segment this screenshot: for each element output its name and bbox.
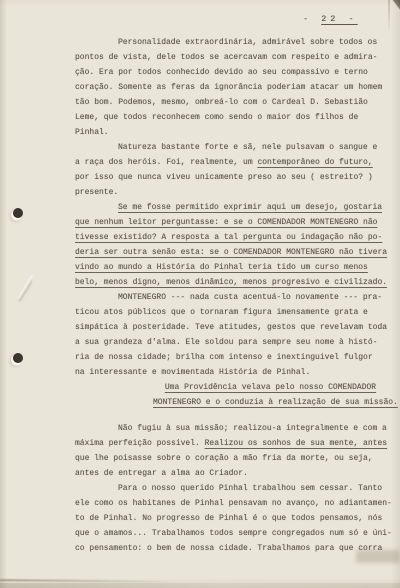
typed-line: Leme, que todos reconhecem como sendo o … [75, 110, 388, 125]
text-segment: to de Pinhal. No progresso de Pinhal é o… [75, 514, 382, 523]
punch-hole-top [13, 208, 23, 218]
typed-line: máxima perfeição possivel. Realizou os s… [75, 436, 388, 451]
text-segment: ria de nossa cidade; brilha com intenso … [75, 353, 373, 362]
typed-line: antes de entregar a alma ao Criador. [75, 466, 388, 481]
text-segment: na interessante e movimentada História d… [75, 368, 310, 377]
underlined-text-segment: MONTENEGRO e o conduzia à realização de … [153, 398, 398, 407]
text-segment: ticou atos públicos que o tornaram figur… [75, 308, 368, 317]
folded-corner-top-right [389, 0, 400, 13]
typed-line: tão bom. Podemos, mesmo, ombreá-lo com o… [75, 95, 388, 110]
smudge-bottom-right [356, 550, 400, 563]
underlined-text-segment: contemporâneo do futuro, [257, 158, 372, 167]
typed-line: ele como os habitanes de Pinhal pensavam… [75, 496, 388, 511]
paragraph-providencia-centered: Uma Providência velava pelo nosso COMEND… [75, 380, 388, 410]
typed-line: co pensamento: o bem de nossa cidade. Tr… [75, 541, 388, 556]
typed-line: a sua grandeza d'alma. Ele soldou para s… [75, 335, 388, 350]
underlined-text-segment: Realizou os sonhos de sua mente, antes [205, 439, 387, 448]
text-segment: MONTENEGRO --- nada custa acentuá-lo nov… [118, 293, 382, 302]
text-segment: co pensamento: o bem de nossa cidade. Tr… [75, 544, 382, 553]
punch-hole-bottom [13, 353, 23, 363]
typed-line: que o amamos... Trabalhamos todos sempre… [75, 526, 388, 541]
text-segment: Não fugiu à sua missão; realizou-a integ… [118, 424, 387, 433]
underlined-text-segment: belo, menos digno, menos dinâmico, menos… [75, 278, 387, 287]
underlined-text-segment: Uma Providência velava pelo nosso COMEND… [165, 383, 376, 392]
underlined-text-segment: deria ser outra senão esta: se o COMENDA… [75, 248, 387, 257]
text-segment: pontos de vista, dele todos se acercavam… [75, 53, 377, 62]
typed-line: simpática à posteridade. Teve atitudes, … [75, 320, 388, 335]
text-segment: tão bom. Podemos, mesmo, ombreá-lo com o… [75, 98, 368, 107]
crease-top-right [388, 0, 390, 34]
underlined-text-segment: que nenhum leitor perguntasse: e se o CO… [75, 218, 377, 227]
typed-line: ção. Era por todos conhecido devido ao s… [75, 65, 388, 80]
typed-line: to de Pinhal. No progresso de Pinhal é o… [75, 511, 388, 526]
typed-line: tivesse existido? A resposta a tal pergu… [75, 230, 388, 245]
paragraph-montenegro: MONTENEGRO --- nada custa acentuá-lo nov… [75, 290, 388, 380]
typed-line: que lhe poisasse sobre o coração a mão f… [75, 451, 388, 466]
typed-line: na interessante e movimentada História d… [75, 365, 388, 380]
typed-line: pontos de vista, dele todos se acercavam… [75, 50, 388, 65]
typed-text-block: Personalidade extraordinária, admirável … [75, 35, 388, 556]
text-segment: Personalidade extraordinária, admirável … [118, 38, 377, 47]
typed-line: que nenhum leitor perguntasse: e se o CO… [75, 215, 388, 230]
typed-line: a raça dos heróis. Foi, realmente, um co… [75, 155, 388, 170]
underlined-text-segment: Se me fosse permitido exprimir aqui um d… [118, 203, 382, 212]
text-segment: coração. Somente as feras da ignorância … [75, 83, 382, 92]
typed-line: Se me fosse permitido exprimir aqui um d… [75, 200, 388, 215]
paper-crease-mark [18, 273, 32, 302]
typed-line: Pinhal. [75, 125, 388, 140]
typed-line: ticou atos públicos que o tornaram figur… [75, 305, 388, 320]
text-segment: máxima perfeição possivel. [75, 439, 205, 448]
scanned-typewritten-page: - 22 - Personalidade extraordinária, adm… [0, 0, 400, 588]
text-segment: Natureza bastante forte e sã, nele pulsa… [118, 143, 377, 152]
typed-line: presente. [75, 185, 388, 200]
text-segment: que o amamos... Trabalhamos todos sempre… [75, 529, 392, 538]
typed-line: Não fugiu à sua missão; realizou-a integ… [75, 421, 388, 436]
typed-line: Uma Providência velava pelo nosso COMEND… [153, 380, 388, 395]
paragraph-personalidade: Personalidade extraordinária, admirável … [75, 35, 388, 140]
typed-line: Personalidade extraordinária, admirável … [75, 35, 388, 50]
text-segment: por isso que nunca viveu unicamente pres… [75, 173, 373, 182]
text-segment: a raça dos heróis. Foi, realmente, um [75, 158, 257, 167]
typed-line: MONTENEGRO --- nada custa acentuá-lo nov… [75, 290, 388, 305]
text-segment: ção. Era por todos conhecido devido ao s… [75, 68, 368, 77]
typed-line: ria de nossa cidade; brilha com intenso … [75, 350, 388, 365]
typed-line: MONTENEGRO e o conduzia à realização de … [153, 395, 388, 410]
text-segment: a sua grandeza d'alma. Ele soldou para s… [75, 338, 377, 347]
underlined-text-segment: tivesse existido? A resposta a tal pergu… [75, 233, 382, 242]
typed-line: coração. Somente as feras da ignorância … [75, 80, 388, 95]
text-segment: ele como os habitanes de Pinhal pensavam… [75, 499, 392, 508]
typed-line: belo, menos digno, menos dinâmico, menos… [75, 275, 388, 290]
typed-line: por isso que nunca viveu unicamente pres… [75, 170, 388, 185]
page-number-value: 22 - [321, 14, 357, 24]
text-segment: presente. [75, 188, 118, 197]
text-segment: Pinhal. [75, 128, 109, 137]
paragraph-nao-fugiu: Não fugiu à sua missão; realizou-a integ… [75, 421, 388, 481]
page-number-dash: - [303, 14, 321, 24]
typed-line: deria ser outra senão esta: se o COMENDA… [75, 245, 388, 260]
paragraph-natureza: Natureza bastante forte e sã, nele pulsa… [75, 140, 388, 200]
bottom-edge-shadow [0, 583, 400, 588]
typed-line: vindo ao mundo a História do Pinhal teri… [75, 260, 388, 275]
text-segment: Para o nosso querido Pinhal trabalhou se… [118, 484, 382, 493]
typed-line: Para o nosso querido Pinhal trabalhou se… [75, 481, 388, 496]
page-number: - 22 - [303, 14, 358, 24]
paragraph-para-o-nosso: Para o nosso querido Pinhal trabalhou se… [75, 481, 388, 556]
text-segment: Leme, que todos reconhecem como sendo o … [75, 113, 358, 122]
typed-line: Natureza bastante forte e sã, nele pulsa… [75, 140, 388, 155]
text-segment: antes de entregar a alma ao Criador. [75, 469, 248, 478]
text-segment: que lhe poisasse sobre o coração a mão f… [75, 454, 373, 463]
paragraph-se-me-fosse-underlined: Se me fosse permitido exprimir aqui um d… [75, 200, 388, 290]
underlined-text-segment: vindo ao mundo a História do Pinhal teri… [75, 263, 368, 272]
text-segment: simpática à posteridade. Teve atitudes, … [75, 323, 387, 332]
